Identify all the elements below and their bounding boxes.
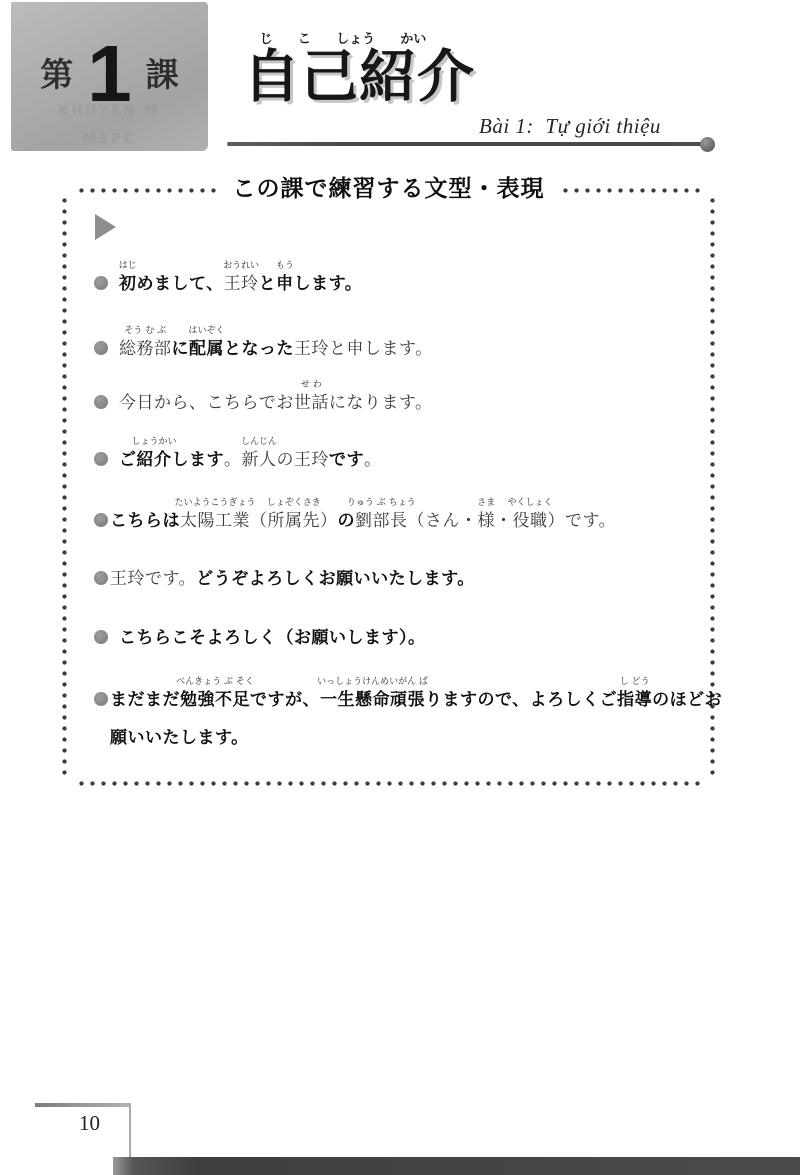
pattern-text-segment: めまして、 [137,273,224,295]
furigana-text: しんじん [241,438,277,447]
pattern-text-segment: （さん・ [408,510,478,532]
dotted-border-bottom [74,781,703,786]
pattern-item: 今日から、こちらでお世話せ わになります。 [94,378,432,414]
pattern-text-segment: 初はじ [119,273,137,295]
pattern-text-segment: 様さま [478,510,496,532]
pattern-text: 王玲です。どうぞよろしくお願いいたします。 [110,568,475,590]
bullet-marker-icon [94,692,108,706]
rule-end-ball-icon [700,137,715,152]
furigana-text: しょうかい [131,438,176,447]
pattern-text-segment: ですが、 [250,689,320,711]
pattern-text-segment: します。 [294,273,363,295]
pattern-text-segment: 総務部そう む ぶ [119,338,172,360]
pattern-text-segment: （ [250,510,268,532]
header-rule [227,142,704,146]
lesson-number: 1 [87,40,132,108]
pattern-text-segment: こちらは [110,510,180,532]
bullet-marker-icon [94,630,108,644]
bleedthrough-text: MSPC [11,132,208,147]
pattern-text-segment: ご [119,449,137,471]
pattern-text-segment: の [338,510,356,532]
pattern-text-segment: になります。 [329,392,433,414]
pattern-text-segment: に [172,338,190,360]
pattern-text-segment: 。 [224,449,242,471]
furigana-text: せ わ [301,381,322,390]
pattern-item: 初はじめまして、王玲おうれいと申もうします。 [94,259,362,295]
pattern-text-segment: 配属はいぞく [189,338,224,360]
pattern-text-segment: どうぞよろしくお願いいたします。 [196,568,475,590]
pattern-text: 今日から、こちらでお世話せ わになります。 [119,392,432,414]
furigana-text: りゅう ぶ ちょう [347,499,416,508]
furigana-text: おうれい [223,262,259,271]
pattern-text-segment: りますので、よろしくご [425,689,617,711]
pattern-text-segment: ） [320,510,338,532]
bullet-marker-icon [94,571,108,585]
pattern-text-segment: 王玲おうれい [224,273,259,295]
furigana-text: たいようこうぎょう [174,499,255,508]
lesson-subtitle-vietnamese: Bài 1: Tự giới thiệu [479,114,661,139]
bullet-marker-icon [94,341,108,355]
pattern-text-segment: 指導し どう [617,689,652,711]
pattern-text-segment: 紹介しょうかい [137,449,172,471]
pattern-text-segment: 役職やくしょく [513,510,548,532]
furigana-text: べんきょう ぶ そく [176,678,254,687]
pattern-text-segment: のほどお [652,689,722,711]
furigana-text: やくしょく [507,499,552,508]
pattern-text-segment: です [329,449,364,471]
furigana-text: はじ [119,262,137,271]
pattern-text-segment: 太陽工業たいようこうぎょう [180,510,250,532]
page-number-box-topline [35,1103,130,1107]
pattern-text-segment: 所属先しょぞくさき [268,510,321,532]
pattern-text: こちらは太陽工業たいようこうぎょう（所属先しょぞくさき）の劉部長りゅう ぶ ちょ… [110,510,616,532]
furigana-text: もう [276,262,294,271]
scan-edge-strip [113,1157,800,1175]
page-number: 10 [79,1111,100,1136]
pattern-item: 総務部そう む ぶに配属はいぞくとなった王玲と申します。 [94,324,433,360]
pattern-text-segment: 新人しんじん [242,449,277,471]
pattern-text-segment: 王玲です。 [110,568,196,590]
pattern-text-segment: 世話せ わ [294,392,329,414]
lesson-suffix: 課 [146,58,179,91]
pattern-text-segment: まだまだ [110,689,180,711]
pattern-text-segment: 今日から、こちらでお [119,392,294,414]
pattern-item: まだまだ勉強不足べんきょう ぶ そくですが、一生懸命頑張いっしょうけんめいがん … [94,675,722,749]
pattern-text-segment: 。 [364,449,382,471]
furigana-text: そう む ぶ [124,327,166,336]
pattern-text: ご紹介しょうかいします。新人しんじんの王玲です。 [119,449,382,471]
pattern-box: この課で練習する文型・表現 初はじめまして、王玲おうれいと申もうします。総務部そ… [64,190,713,783]
lesson-badge: 第 1 課 KHUYÊN M MSPC [11,2,208,151]
furigana-text: さま [477,499,495,508]
lesson-prefix: 第 [40,58,73,91]
pattern-text-segment: ・ [495,510,513,532]
pattern-box-heading: この課で練習する文型・表現 [218,176,560,202]
pattern-text-segment: の王玲 [277,449,330,471]
pattern-text-segment: ）です。 [548,510,617,532]
bullet-marker-icon [94,395,108,409]
furigana-text: はいぞく [188,327,224,336]
furigana-text: しょぞくさき [267,499,321,508]
pattern-item: ご紹介しょうかいします。新人しんじんの王玲です。 [94,435,382,471]
bullet-marker-icon [94,452,108,466]
bullet-marker-icon [94,276,108,290]
pattern-text-segment: 一生懸命頑張いっしょうけんめいがん ば [320,689,425,711]
pattern-text-segment: 申もう [276,273,294,295]
pattern-text-segment: 願いいたします。 [110,727,249,749]
furigana-text: いっしょうけんめいがん ば [317,678,428,687]
pattern-text-segment: となった [224,338,294,360]
pattern-text: 総務部そう む ぶに配属はいぞくとなった王玲と申します。 [119,338,433,360]
page-number-box-sideline [129,1103,131,1159]
pattern-text: 初はじめまして、王玲おうれいと申もうします。 [119,273,362,295]
page-title: 自己紹介 [243,46,475,109]
pattern-text-segment: 勉強不足べんきょう ぶ そく [180,689,250,711]
bleedthrough-text: KHUYÊN M [11,104,208,119]
pattern-item: こちらは太陽工業たいようこうぎょう（所属先しょぞくさき）の劉部長りゅう ぶ ちょ… [94,496,616,532]
pattern-text-segment: こちらこそよろしく（お願いします）。 [119,627,426,649]
pattern-text-segment: します [172,449,225,471]
lesson-badge-row: 第 1 課 [11,40,208,108]
pattern-text: まだまだ勉強不足べんきょう ぶ そくですが、一生懸命頑張いっしょうけんめいがん … [110,689,722,749]
pattern-item: 王玲です。どうぞよろしくお願いいたします。 [94,554,475,590]
dotted-border-left [62,193,67,780]
pattern-text-segment: 劉部長りゅう ぶ ちょう [355,510,408,532]
pattern-text-segment: 王玲と申します。 [294,338,433,360]
furigana-text: し どう [620,678,650,687]
pattern-text: こちらこそよろしく（お願いします）。 [119,627,426,649]
triangle-marker-icon [95,214,116,240]
bullet-marker-icon [94,513,108,527]
pattern-item: こちらこそよろしく（お願いします）。 [94,613,426,649]
pattern-text-segment: と [259,273,277,295]
